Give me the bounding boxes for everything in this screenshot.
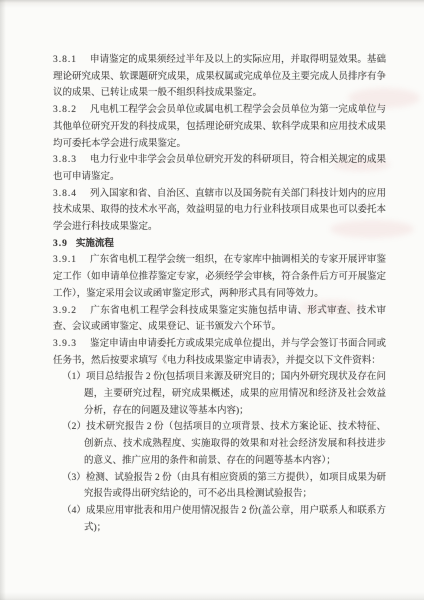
scan-edge-shadow [0, 0, 6, 600]
section-paragraph: 3.9实施流程 [53, 236, 386, 253]
section-number: 3.8.1 [53, 52, 77, 69]
section-paragraph: 3.9.2广东省电机工程学会科技成果鉴定实施包括申请、形式审查、技术审查、会议或… [53, 303, 386, 336]
section-number: 3.9.1 [53, 252, 77, 269]
section-text: 电力行业中非学会会员单位研究开发的科研项目，符合相关规定的成果也可申请鉴定。 [53, 155, 386, 182]
section-number: 3.8.4 [53, 186, 77, 203]
section-text: 实施流程 [76, 239, 114, 249]
attachment-item: （3）检测、试验报告 2 份（由具有相应资质的第三方提供），如项目成果为研究报告… [62, 470, 386, 503]
section-text: 广东省电机工程学会科技成果鉴定实施包括申请、形式审查、技术审查、会议或函审鉴定、… [53, 306, 386, 333]
attachment-item: （1）项目总结报告 2 份(包括项目来源及研究目的；国内外研究现状及存在问题，主… [62, 369, 386, 419]
attachment-number: （3） [62, 473, 86, 483]
section-number: 3.8.3 [53, 152, 77, 169]
section-text: 广东省电机工程学会统一组织，在专家库中抽调相关的专家开展评审鉴定工作（如申请单位… [53, 255, 386, 298]
section-number: 3.9.2 [53, 303, 77, 320]
section-paragraph: 3.8.1申请鉴定的成果须经过半年及以上的实际应用，并取得明显效果。基础理论研究… [53, 52, 386, 102]
attachment-number: （2） [62, 422, 86, 432]
section-paragraph: 3.8.2凡电机工程学会会员单位或属电机工程学会会员单位为第一完成单位与其他单位… [53, 102, 386, 152]
document-page: 3.8.1申请鉴定的成果须经过半年及以上的实际应用，并取得明显效果。基础理论研究… [0, 0, 424, 600]
attachment-text: 成果应用审批表和用户使用情况报告 2 份(盖公章，用户联系人和联系方式)； [84, 506, 386, 533]
attachment-number: （1） [62, 372, 86, 382]
section-paragraph: 3.8.3电力行业中非学会会员单位研究开发的科研项目，符合相关规定的成果也可申请… [53, 152, 386, 185]
attachment-number: （4） [62, 506, 86, 516]
section-paragraph: 3.8.4列入国家和省、自治区、直辖市以及国务院有关部门科技计划内的应用技术成果… [53, 186, 386, 236]
section-number: 3.9.3 [53, 336, 77, 353]
section-text: 申请鉴定的成果须经过半年及以上的实际应用，并取得明显效果。基础理论研究成果、软课… [53, 55, 386, 98]
section-paragraph: 3.9.3鉴定申请由申请委托方或成果完成单位提出，并与学会签订书面合同或任务书，… [53, 336, 386, 369]
attachment-text: 项目总结报告 2 份(包括项目来源及研究目的；国内外研究现状及存在问题，主要研究… [84, 372, 386, 415]
attachment-text: 技术研究报告 2 份（包括项目的立项背景、技术方案论证、技术特征、创新点、技术成… [84, 422, 386, 465]
attachment-item: （4）成果应用审批表和用户使用情况报告 2 份(盖公章，用户联系人和联系方式)； [62, 503, 386, 536]
section-paragraph: 3.9.1广东省电机工程学会统一组织，在专家库中抽调相关的专家开展评审鉴定工作（… [53, 252, 386, 302]
document-text-block: 3.8.1申请鉴定的成果须经过半年及以上的实际应用，并取得明显效果。基础理论研究… [53, 52, 386, 536]
section-number: 3.9 [53, 236, 68, 253]
section-text: 列入国家和省、自治区、直辖市以及国务院有关部门科技计划内的应用技术成果、取得的技… [53, 189, 386, 232]
attachment-list: （1）项目总结报告 2 份(包括项目来源及研究目的；国内外研究现状及存在问题，主… [62, 369, 386, 536]
section-text: 鉴定申请由申请委托方或成果完成单位提出，并与学会签订书面合同或任务书，然后按要求… [53, 339, 386, 366]
attachment-item: （2）技术研究报告 2 份（包括项目的立项背景、技术方案论证、技术特征、创新点、… [62, 419, 386, 469]
section-text: 凡电机工程学会会员单位或属电机工程学会会员单位为第一完成单位与其他单位研究开发的… [53, 105, 386, 148]
section-number: 3.8.2 [53, 102, 77, 119]
attachment-text: 检测、试验报告 2 份（由具有相应资质的第三方提供），如项目成果为研究报告或得出… [84, 473, 386, 500]
